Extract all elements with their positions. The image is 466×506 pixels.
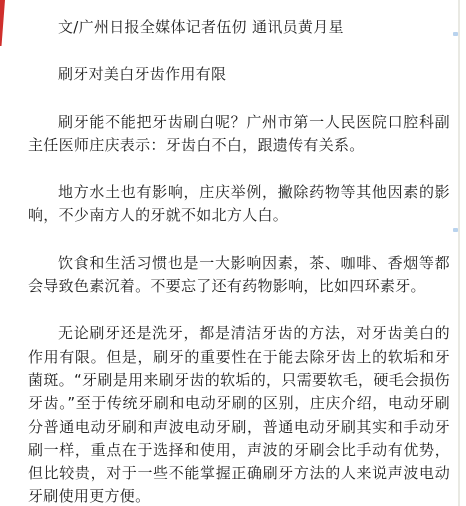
page-edge-line	[458, 0, 460, 506]
red-ribbon-shape	[0, 0, 5, 46]
selection-speck-top	[453, 32, 458, 36]
byline: 文/广州日报全媒体记者伍仞 通讯员黄月星	[28, 16, 450, 39]
article-heading: 刷牙对美白牙齿作用有限	[28, 63, 450, 86]
article-content: 文/广州日报全媒体记者伍仞 通讯员黄月星 刷牙对美白牙齿作用有限 刷牙能不能把牙…	[28, 16, 450, 506]
red-ribbon-decoration	[0, 0, 10, 48]
article-paragraph: 地方水土也有影响，庄庆举例，撇除药物等其他因素的影响，不少南方人的牙就不如北方人…	[28, 181, 450, 228]
article-body: 刷牙能不能把牙齿刷白呢？广州市第一人民医院口腔科副主任医师庄庆表示：牙齿白不白，…	[28, 111, 450, 506]
article-paragraph: 无论刷牙还是洗牙，都是清洁牙齿的方法，对牙齿美白的作用有限。但是，刷牙的重要性在…	[28, 322, 450, 506]
article-paragraph: 饮食和生活习惯也是一大影响因素，茶、咖啡、香烟等都会导致色素沉着。不要忘了还有药…	[28, 252, 450, 299]
article-paragraph: 刷牙能不能把牙齿刷白呢？广州市第一人民医院口腔科副主任医师庄庆表示：牙齿白不白，…	[28, 111, 450, 158]
article-page: 文/广州日报全媒体记者伍仞 通讯员黄月星 刷牙对美白牙齿作用有限 刷牙能不能把牙…	[0, 0, 466, 506]
selection-speck-mid	[453, 228, 458, 232]
